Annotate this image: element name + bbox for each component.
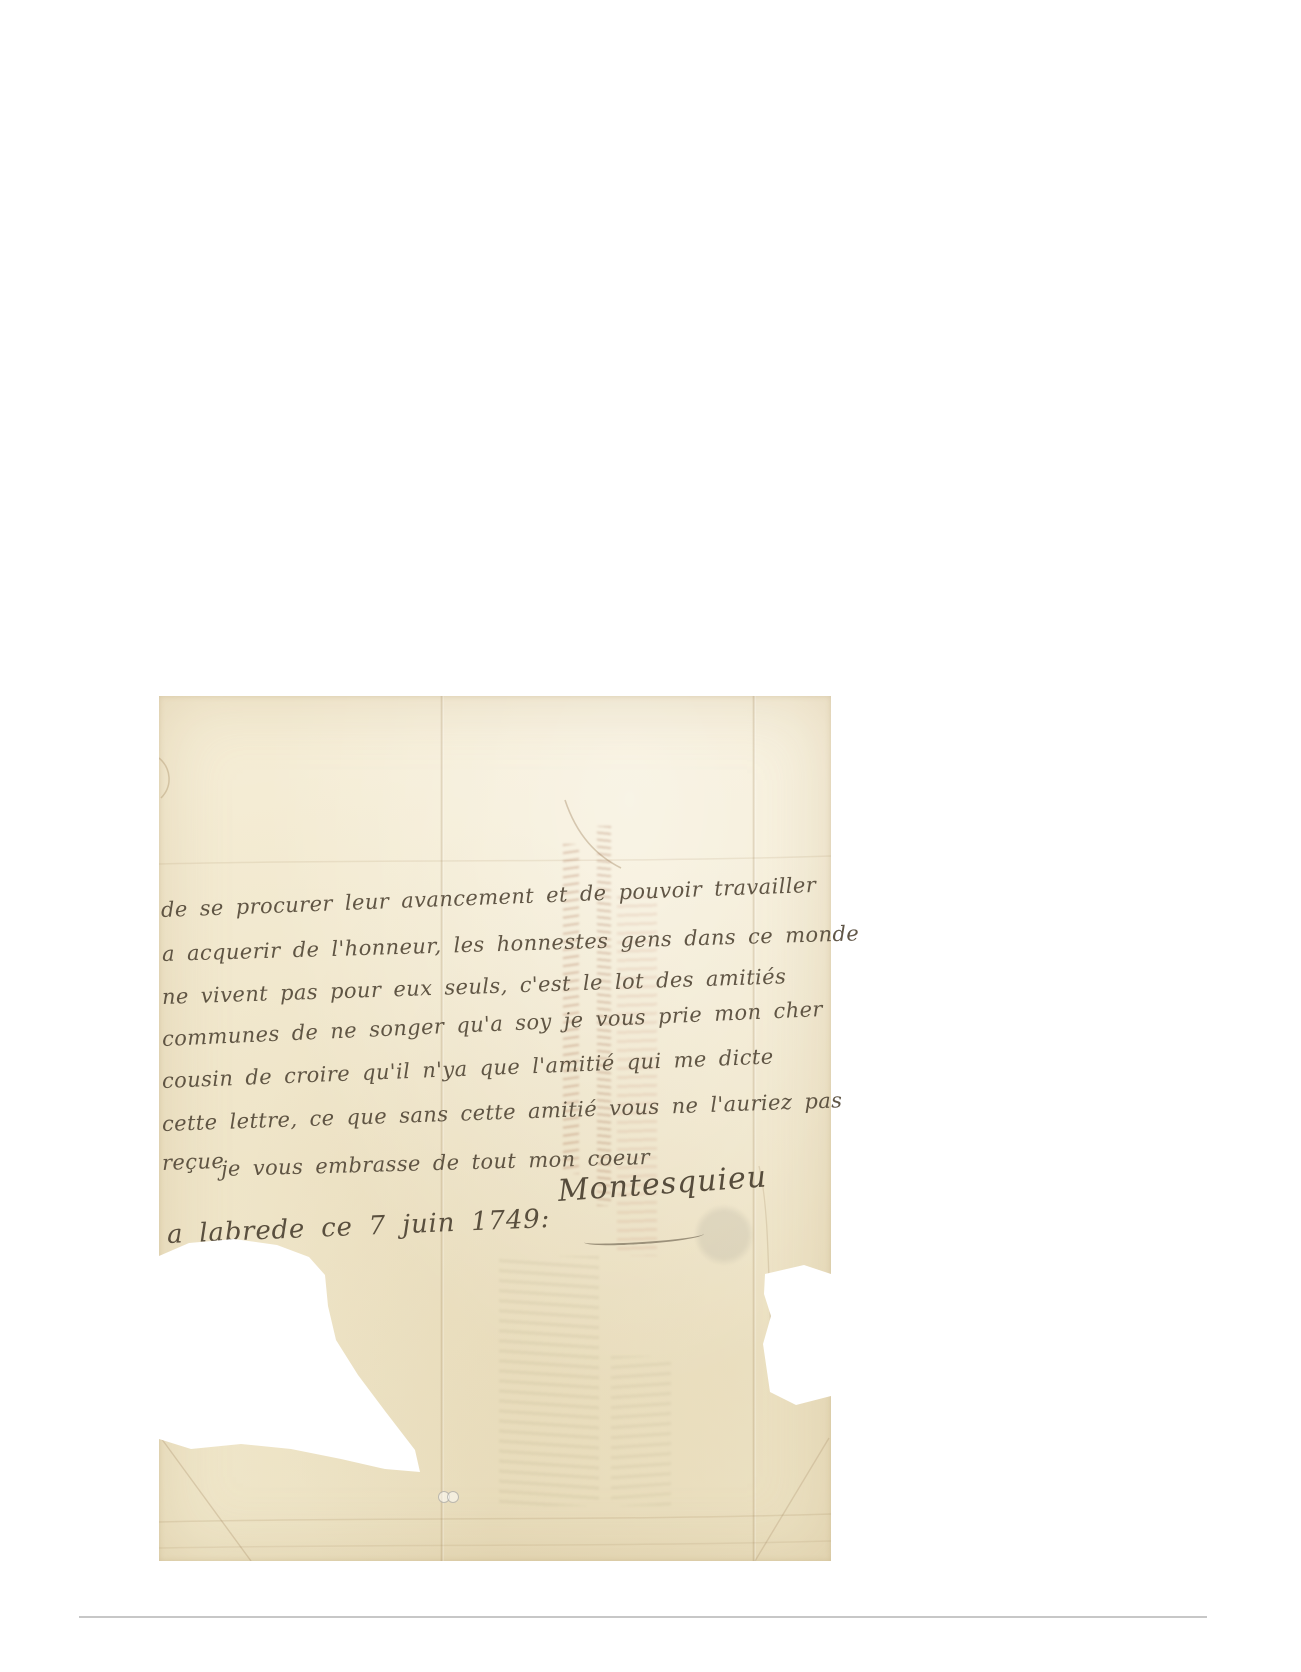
fold-bottom-mark	[438, 1491, 460, 1502]
verso-text-ghost	[499, 1256, 599, 1506]
letter-scan: de se procurer leur avancement et de pou…	[159, 696, 831, 1561]
handwriting-line: reçue	[162, 1149, 225, 1175]
page-divider-line	[79, 1616, 1207, 1618]
scan-page: de se procurer leur avancement et de pou…	[0, 0, 1301, 1672]
stamp-ghost	[695, 1204, 753, 1266]
verso-text-ghost	[611, 1356, 671, 1506]
